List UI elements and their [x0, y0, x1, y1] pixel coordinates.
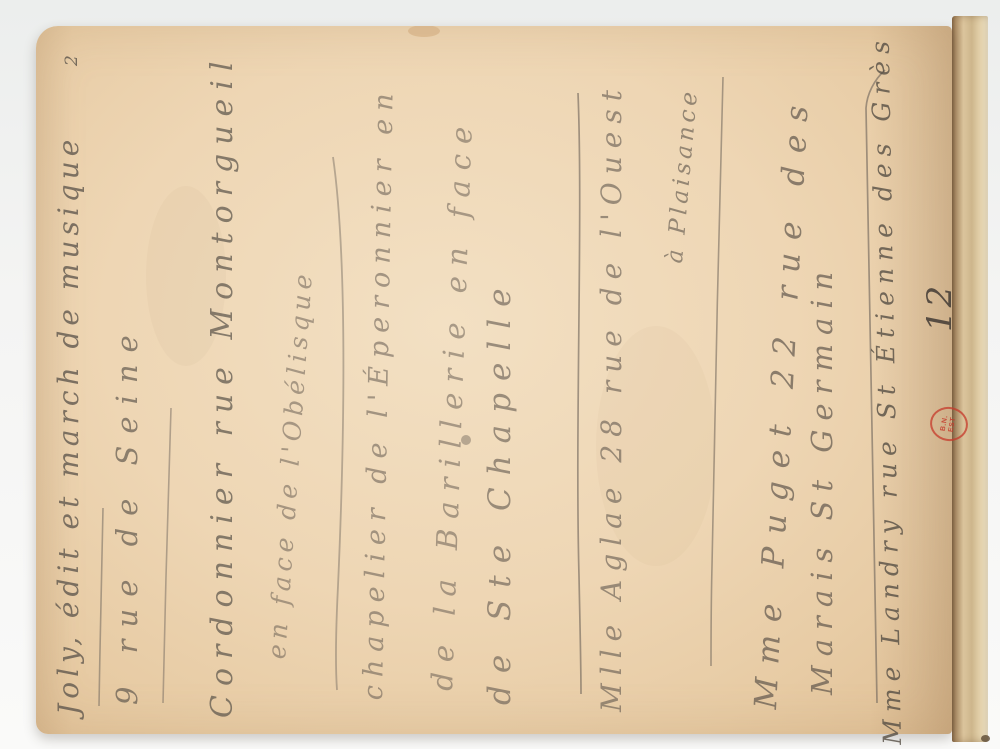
- binding-speck: [981, 735, 990, 742]
- entry-puget-street: Marais St Germain: [805, 263, 839, 695]
- folio-number: 2: [62, 55, 82, 66]
- page-number: 12: [920, 283, 960, 332]
- entry-joly-address: 9 rue de Seine: [110, 323, 144, 705]
- entry-cordonnier-name: Cordonnier rue Montorgueil: [205, 53, 240, 718]
- binding-edge: [952, 16, 988, 742]
- underline-joly: [99, 508, 103, 706]
- divider-rule-1: [578, 93, 581, 694]
- entry-aglae-address: Mlle Aglae 28 rue de l'Ouest: [595, 82, 628, 712]
- flourish-stroke: [333, 157, 343, 690]
- stamp-text-line2: EST: [948, 417, 959, 433]
- notebook-page: Joly, édit et march de musique 9 rue de …: [36, 26, 952, 734]
- divider-rule-2: [711, 77, 723, 666]
- entry-joly-name: Joly, édit et march de musique: [52, 135, 85, 715]
- underline-seine: [163, 408, 171, 703]
- paper-stain: [408, 26, 440, 37]
- scanned-notebook-page: Joly, édit et march de musique 9 rue de …: [0, 0, 1000, 749]
- entry-chapelier-landmark: de Ste Chapelle: [482, 277, 518, 705]
